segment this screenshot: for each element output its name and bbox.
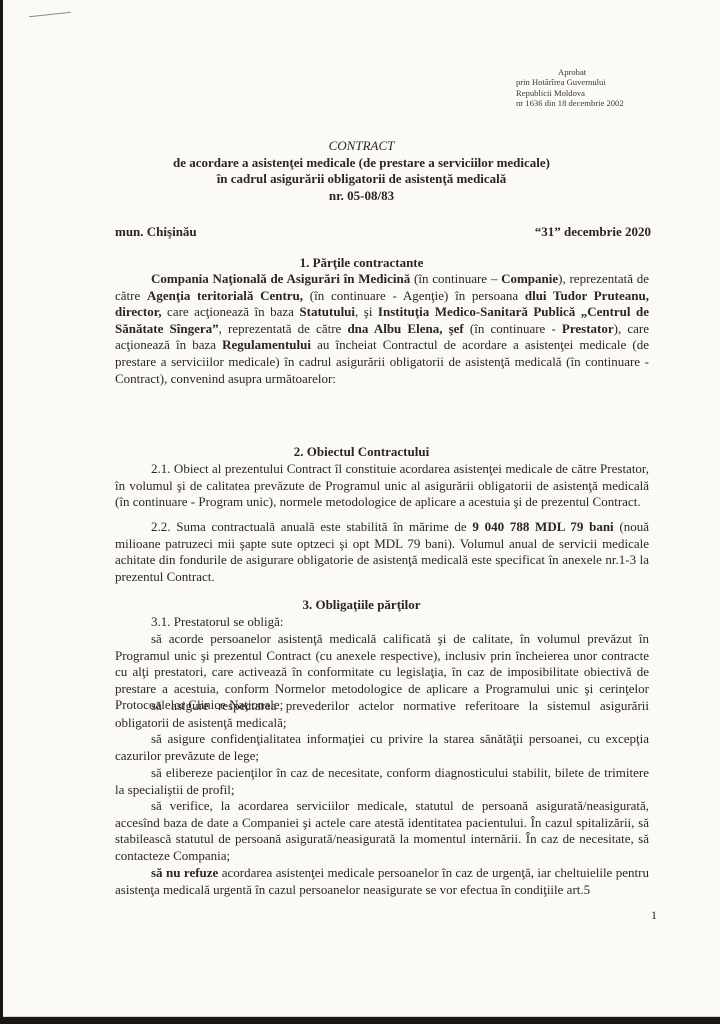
paragraph: să asigure confidenţialitatea informaţie… <box>115 731 649 764</box>
scan-pen-mark <box>29 12 71 17</box>
paragraph: să verifice, la acordarea serviciilor me… <box>115 798 649 864</box>
paragraph: 3.1. Prestatorul se obligă: <box>115 614 649 631</box>
approval-line: prin Hotărîrea Guvernului <box>516 77 624 87</box>
section-title: 3. Obligaţiile părţilor <box>3 597 720 613</box>
paragraph: să asigure respectarea prevederilor acte… <box>115 698 649 731</box>
document-page: Aprobat prin Hotărîrea Guvernului Republ… <box>3 0 720 1017</box>
place: mun. Chişinău <box>115 224 197 240</box>
approval-title: Aprobat <box>516 67 624 77</box>
approval-line: nr 1636 din 18 decembrie 2002 <box>516 98 624 108</box>
section-title: 2. Obiectul Contractului <box>3 444 720 460</box>
paragraph: 2.2. Suma contractuală anuală este stabi… <box>115 519 649 585</box>
contract-number: nr. 05-08/83 <box>3 188 720 205</box>
paragraph: Compania Naţională de Asigurări în Medic… <box>115 271 649 387</box>
paragraph: să nu refuze acordarea asistenţei medica… <box>115 865 649 898</box>
contract-subtitle: în cadrul asigurării obligatorii de asis… <box>3 171 720 188</box>
contract-title-block: CONTRACT de acordare a asistenţei medica… <box>3 138 720 204</box>
page-number: 1 <box>651 908 657 923</box>
approval-line: Republicii Moldova <box>516 88 624 98</box>
paragraph: să elibereze pacienţilor în caz de neces… <box>115 765 649 798</box>
section-title: 1. Părţile contractante <box>3 255 720 271</box>
paragraph: 2.1. Obiect al prezentului Contract îl c… <box>115 461 649 511</box>
contract-subtitle: de acordare a asistenţei medicale (de pr… <box>3 155 720 172</box>
contract-date: “31” decembrie 2020 <box>535 224 651 240</box>
approval-stamp: Aprobat prin Hotărîrea Guvernului Republ… <box>516 67 624 108</box>
document-type: CONTRACT <box>3 138 720 155</box>
place-date-row: mun. Chişinău “31” decembrie 2020 <box>115 224 651 240</box>
